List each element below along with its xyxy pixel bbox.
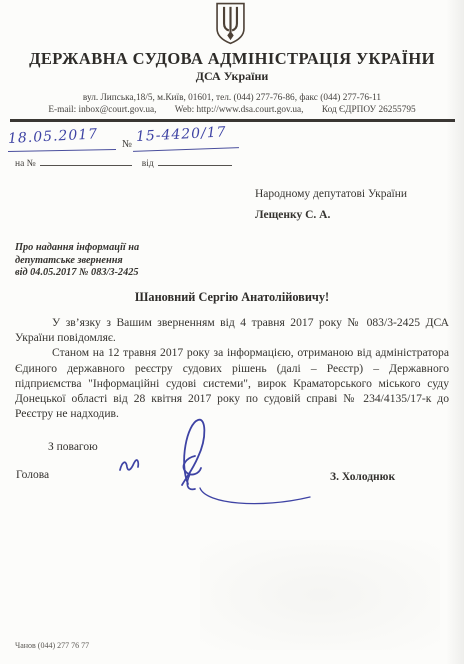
signer-position: Голова bbox=[16, 469, 49, 481]
addressee-title: Народному депутатові України bbox=[255, 188, 455, 200]
valediction: З повагою bbox=[48, 441, 98, 453]
addressee-block: Народному депутатові України Лещенку С. … bbox=[255, 188, 455, 221]
subject-block: Про надання інформації на депутатське зв… bbox=[15, 242, 205, 280]
subject-line-3: від 04.05.2017 № 083/3-2425 bbox=[15, 267, 205, 280]
signer-name: З. Холоднюк bbox=[330, 471, 395, 483]
org-website: Web: http://www.dsa.court.gov.ua, bbox=[175, 105, 304, 115]
from-date-blank bbox=[158, 157, 232, 166]
org-contact-line: E-mail: inbox@court.gov.ua, Web: http://… bbox=[0, 105, 464, 115]
salutation: Шановний Сергію Анатолійовичу! bbox=[0, 290, 464, 305]
handwritten-signature bbox=[110, 412, 320, 512]
addressee-name: Лещенку С. А. bbox=[255, 209, 455, 221]
from-label: від bbox=[142, 159, 154, 169]
reply-to-label: на № bbox=[15, 159, 36, 169]
executor-contact: Чанов (044) 277 76 77 bbox=[15, 641, 89, 650]
subject-line-1: Про надання інформації на bbox=[15, 242, 205, 255]
subject-line-2: депутатське звернення bbox=[15, 255, 205, 268]
number-sign-label: № bbox=[122, 139, 132, 150]
org-name: ДЕРЖАВНА СУДОВА АДМІНІСТРАЦІЯ УКРАЇНИ bbox=[0, 49, 464, 69]
org-abbreviation: ДСА України bbox=[0, 69, 464, 84]
org-address-line: вул. Липська,18/5, м.Київ, 01601, тел. (… bbox=[0, 93, 464, 103]
handwritten-outgoing-number: 15-4420/17 bbox=[136, 123, 247, 145]
letter-body: У зв’язку з Вашим зверненням від 4 травн… bbox=[15, 315, 449, 421]
scan-artifact bbox=[200, 540, 440, 650]
org-email: E-mail: inbox@court.gov.ua, bbox=[48, 105, 156, 115]
body-paragraph-1: У зв’язку з Вашим зверненням від 4 травн… bbox=[15, 315, 449, 345]
reply-number-blank bbox=[40, 157, 132, 166]
scanned-letter: ДЕРЖАВНА СУДОВА АДМІНІСТРАЦІЯ УКРАЇНИ ДС… bbox=[0, 0, 464, 664]
ukraine-trident-emblem-icon bbox=[214, 2, 247, 45]
handwritten-date: 18.05.2017 bbox=[8, 125, 119, 147]
org-edrpou-code: Код ЄДРПОУ 26255795 bbox=[322, 105, 416, 115]
number-underline bbox=[133, 147, 239, 152]
date-underline bbox=[8, 149, 116, 152]
reply-reference-row: на №від bbox=[15, 157, 232, 169]
body-paragraph-2: Станом на 12 травня 2017 року за інформа… bbox=[15, 345, 449, 421]
letterhead-divider bbox=[10, 119, 455, 122]
